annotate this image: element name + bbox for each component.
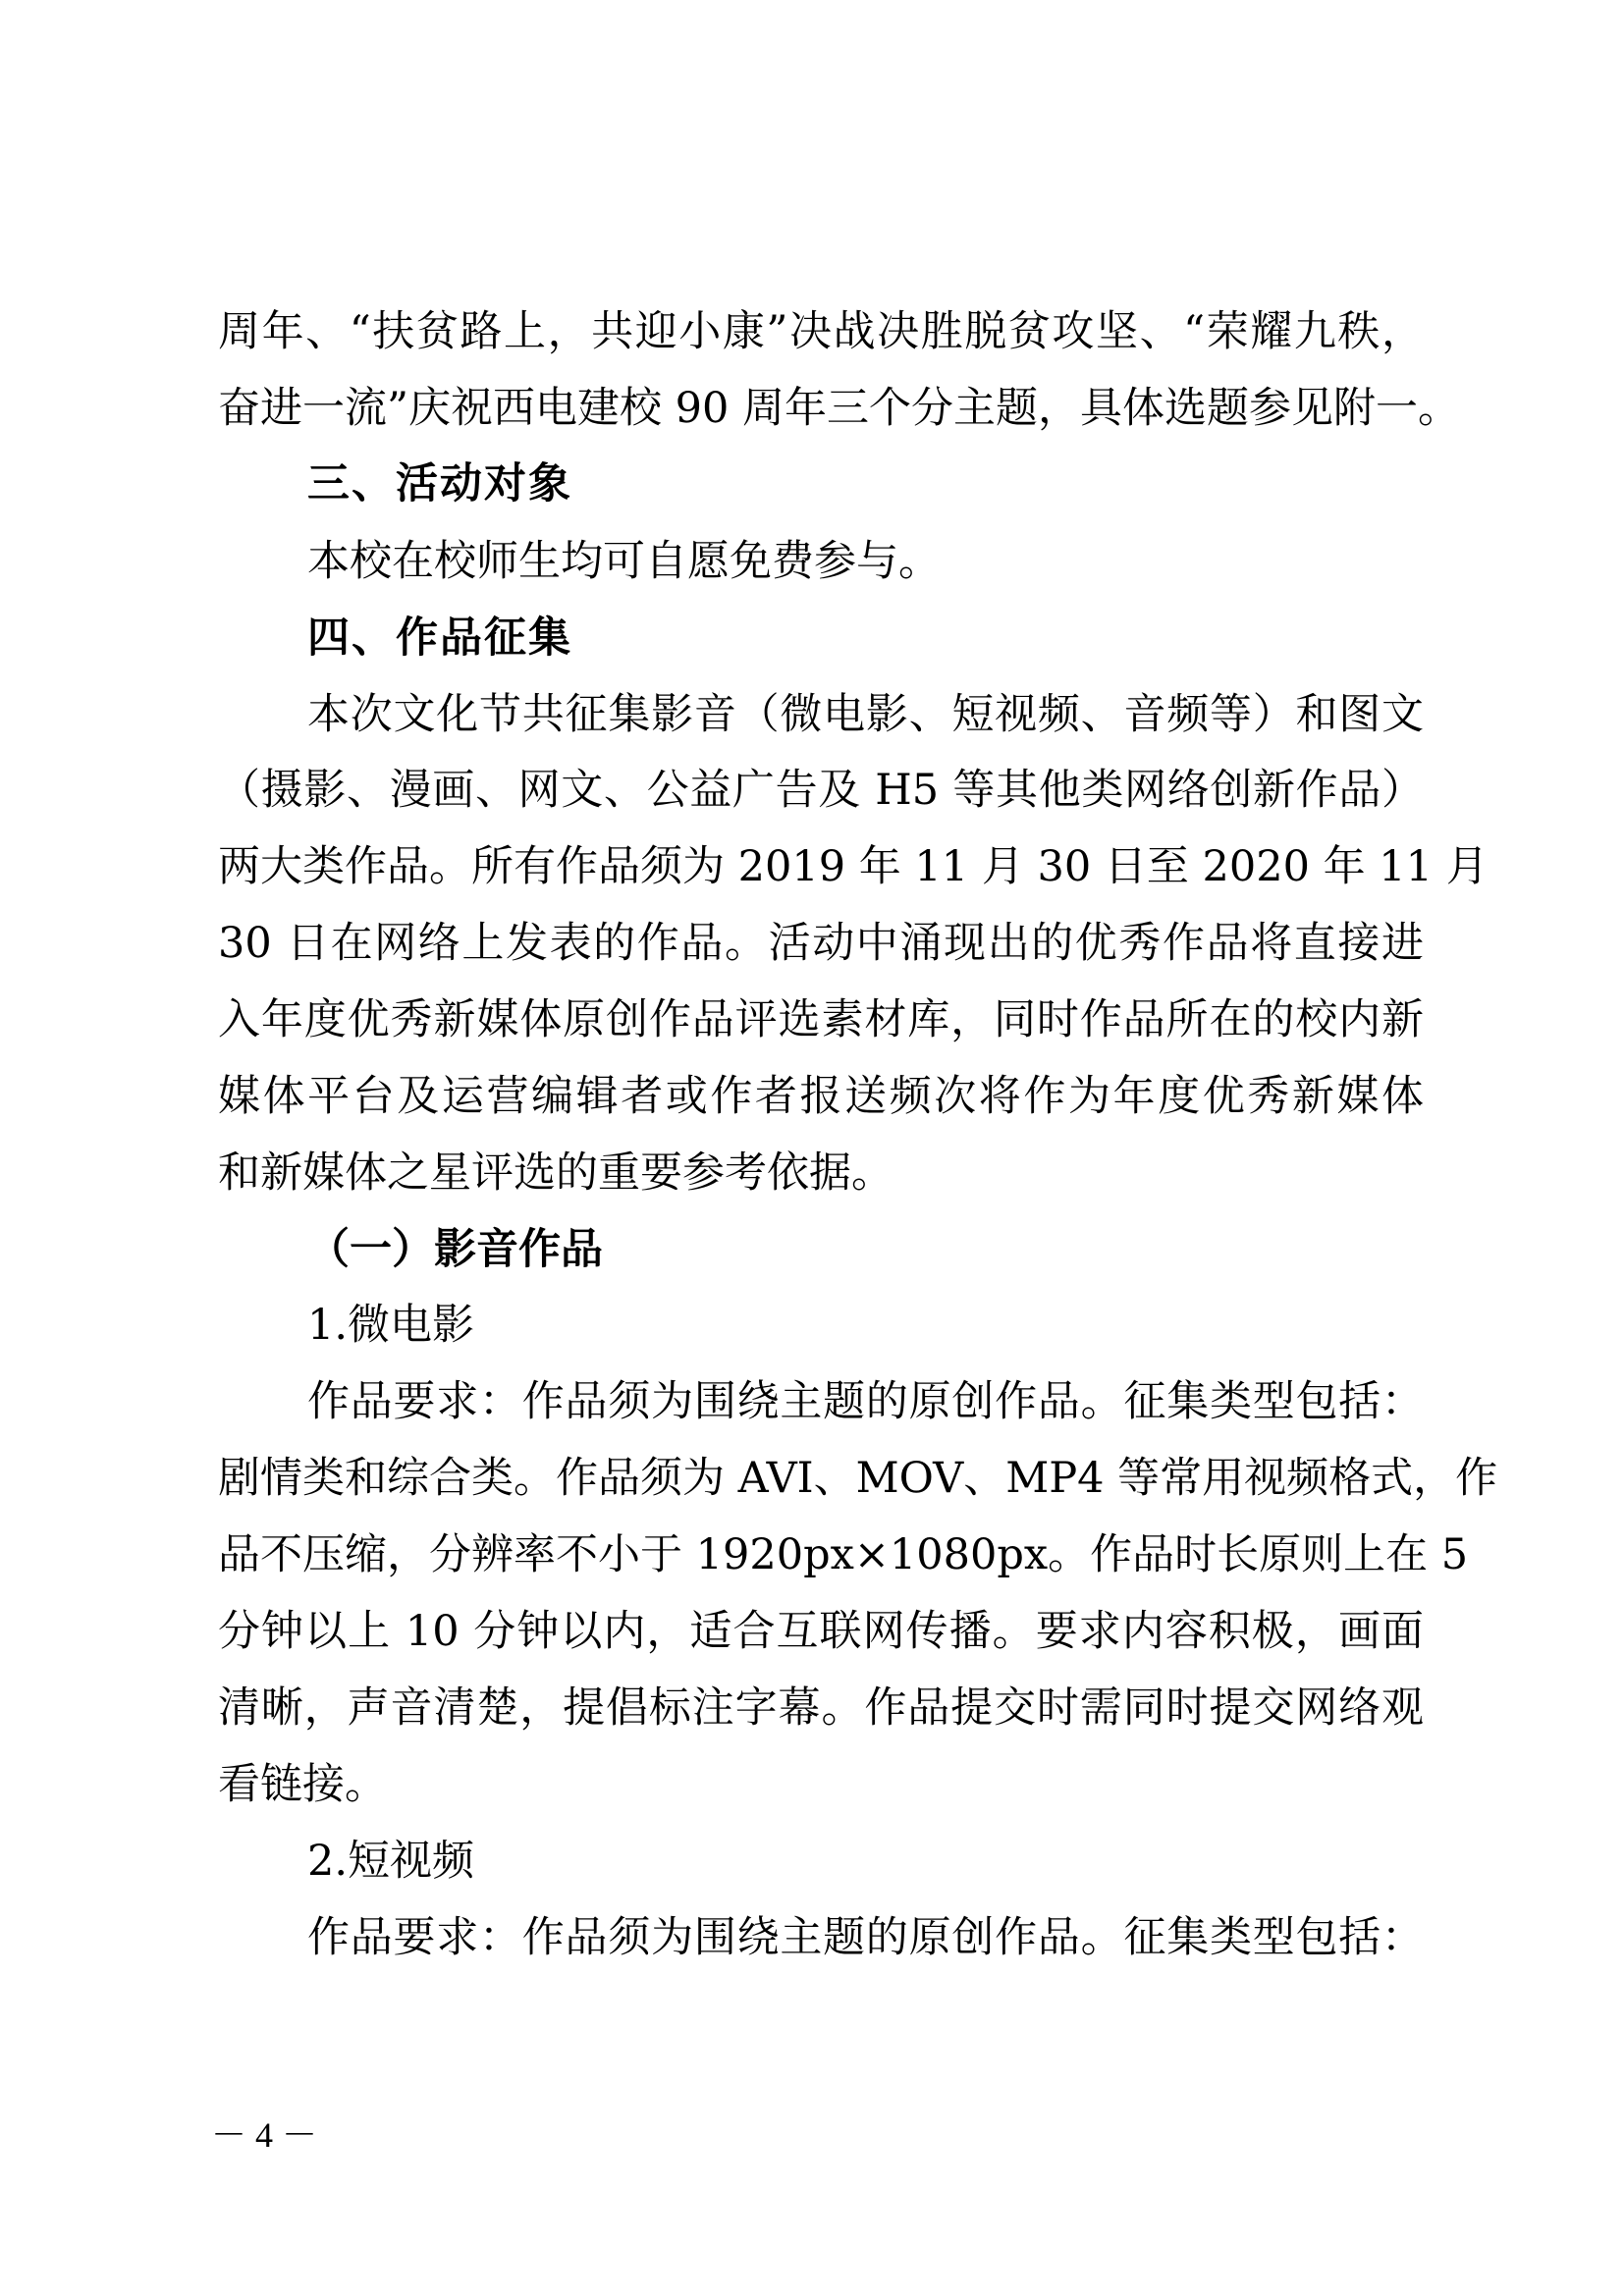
paragraph-line-short-video-1: 作品要求：作品须为围绕主题的原创作品。征集类型包括： <box>307 1908 1424 1967</box>
paragraph-line-participants: 本校在校师生均可自愿免费参与。 <box>307 532 1424 591</box>
section-heading-work-collection: 四、作品征集 <box>307 609 1424 667</box>
subsection-heading-av-works: （一）影音作品 <box>307 1220 1424 1279</box>
paragraph-line-collection-5: 入年度优秀新媒体原创作品评选素材库，同时作品所在的校内新 <box>218 990 1424 1049</box>
paragraph-line-collection-3: 两大类作品。所有作品须为 2019 年 11 月 30 日至 2020 年 11… <box>218 837 1424 896</box>
section-heading-activity-target: 三、活动对象 <box>307 454 1424 513</box>
paragraph-line-micro-film-2: 剧情类和综合类。作品须为 AVI、MOV、MP4 等常用视频格式，作 <box>218 1449 1424 1508</box>
paragraph-line-collection-7: 和新媒体之星评选的重要参考依据。 <box>218 1144 1424 1202</box>
paragraph-line-collection-1: 本次文化节共征集影音（微电影、短视频、音频等）和图文 <box>307 685 1424 744</box>
paragraph-line-themes-2: 奋进一流”庆祝西电建校 90 周年三个分主题，具体选题参见附一。 <box>218 379 1424 438</box>
paragraph-line-micro-film-5: 清晰，声音清楚，提倡标注字幕。作品提交时需同时提交网络观 <box>218 1679 1424 1737</box>
item-heading-micro-film: 1.微电影 <box>307 1296 1424 1355</box>
paragraph-line-collection-6: 媒体平台及运营编辑者或作者报送频次将作为年度优秀新媒体 <box>218 1067 1424 1126</box>
item-heading-short-video: 2.短视频 <box>307 1832 1424 1891</box>
paragraph-line-micro-film-4: 分钟以上 10 分钟以内，适合互联网传播。要求内容积极，画面 <box>218 1602 1424 1661</box>
paragraph-line-collection-2: （摄影、漫画、网文、公益广告及 H5 等其他类网络创新作品） <box>218 761 1424 820</box>
paragraph-line-micro-film-6: 看链接。 <box>218 1755 1424 1814</box>
paragraph-line-micro-film-3: 品不压缩，分辨率不小于 1920px×1080px。作品时长原则上在 5 <box>218 1525 1424 1584</box>
page-number: － 4 － <box>211 2110 317 2160</box>
paragraph-line-themes-1: 周年、“扶贫路上，共迎小康”决战决胜脱贫攻坚、“荣耀九秩， <box>218 302 1424 361</box>
paragraph-line-micro-film-1: 作品要求：作品须为围绕主题的原创作品。征集类型包括： <box>307 1372 1424 1431</box>
document-page: 周年、“扶贫路上，共迎小康”决战决胜脱贫攻坚、“荣耀九秩， 奋进一流”庆祝西电建… <box>0 0 1624 2296</box>
paragraph-line-collection-4: 30 日在网络上发表的作品。活动中涌现出的优秀作品将直接进 <box>218 914 1424 973</box>
